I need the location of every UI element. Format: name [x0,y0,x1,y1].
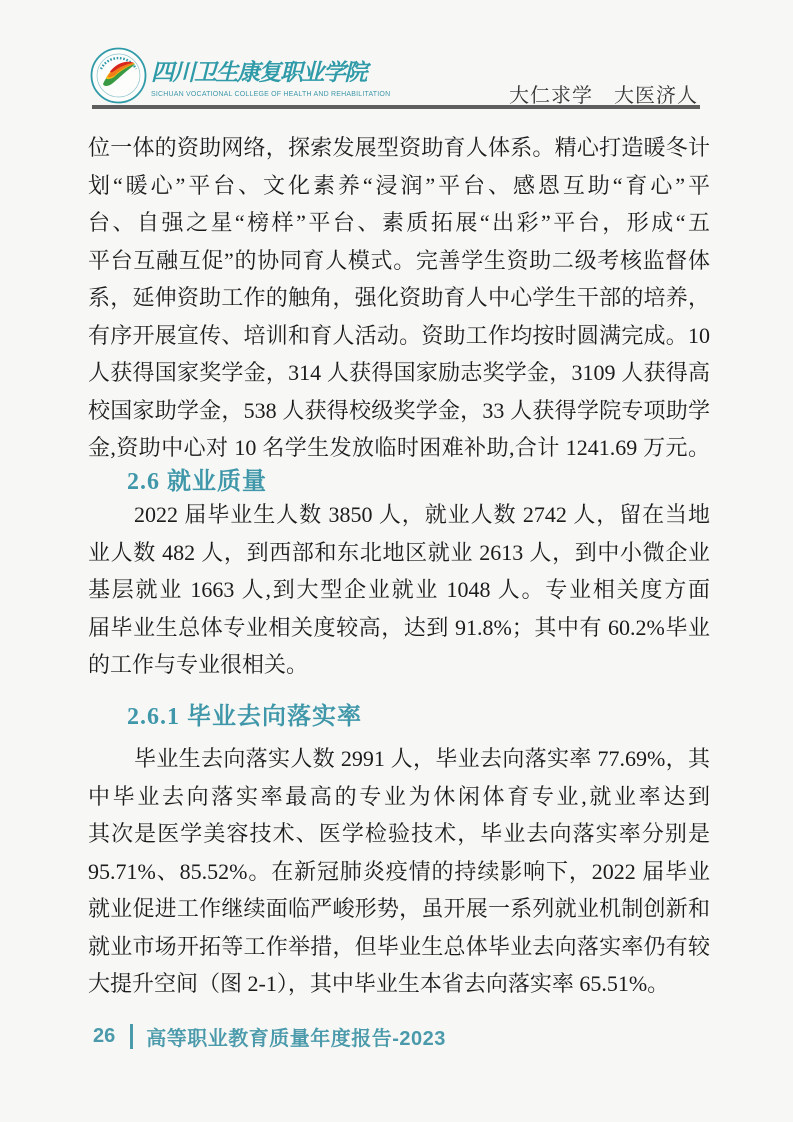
text-line: 有序开展宣传、培训和育人活动。资助工作均按时圆满完成。10 [88,317,710,355]
text-line: 划“暖心”平台、文化素养“浸润”平台、感恩互助“育心”平 [88,167,710,205]
text-line: 95.71%、85.52%。在新冠肺炎疫情的持续影响下，2022 届毕业生 [88,853,710,891]
text-line: 届毕业生总体专业相关度较高，达到 91.8%；其中有 60.2%毕业生 [88,609,710,647]
footer-divider-bar [130,1024,133,1049]
header-divider-rule [92,105,700,109]
college-name-zh: 四川卫生康复职业学院 [151,54,401,87]
text-line: 系，延伸资助工作的触角，强化资助育人中心学生干部的培养， [88,279,710,317]
report-title: 高等职业教育质量年度报告-2023 [146,1022,446,1051]
text-line: 就业市场开拓等工作举措，但毕业生总体毕业去向落实率仍有较 [88,928,710,966]
text-line: 就业促进工作继续面临严峻形势，虽开展一系列就业机制创新和 [88,890,710,928]
page-footer: 26 高等职业教育质量年度报告-2023 [93,1022,446,1050]
paragraph-employment-quality: 2022 届毕业生人数 3850 人，就业人数 2742 人，留在当地就业人数 … [88,496,710,684]
college-logo-text: 四川卫生康复职业学院 SICHUAN VOCATIONAL COLLEGE OF… [151,54,401,98]
college-name-en: SICHUAN VOCATIONAL COLLEGE OF HEALTH AND… [151,91,401,98]
document-page: 四川卫生康复职业学院 SICHUAN VOCATIONAL COLLEGE OF… [0,0,793,1122]
text-line: 业人数 482 人，到西部和东北地区就业 2613 人，到中小微企业等 [88,534,710,572]
text-line: 大提升空间（图 2-1），其中毕业生本省去向落实率 65.51%。 [88,965,710,1003]
text-line: 2022 届毕业生人数 3850 人，就业人数 2742 人，留在当地就 [88,496,710,534]
subsection-heading-2-6-1: 2.6.1 毕业去向落实率 [88,697,710,737]
college-motto: 大仁求学 大医济人 [509,79,698,108]
text-line: 毕业生去向落实人数 2991 人，毕业去向落实率 77.69%，其 [88,740,710,778]
text-line: 其次是医学美容技术、医学检验技术，毕业去向落实率分别是 [88,815,710,853]
paragraph-funding-continuation: 位一体的资助网络，探索发展型资助育人体系。精心打造暖冬计划“暖心”平台、文化素养… [88,129,710,467]
paragraph-placement-rate: 毕业生去向落实人数 2991 人，毕业去向落实率 77.69%，其中毕业去向落实… [88,740,710,1003]
text-line: 基层就业 1663 人,到大型企业就业 1048 人。专业相关度方面 2022 [88,571,710,609]
college-emblem-icon [90,47,147,104]
text-line: 台、自强之星“榜样”平台、素质拓展“出彩”平台，形成“五 [88,204,710,242]
text-line: 人获得国家奖学金，314 人获得国家励志奖学金，3109 人获得高 [88,354,710,392]
text-line: 位一体的资助网络，探索发展型资助育人体系。精心打造暖冬计 [88,129,710,167]
text-line: 的工作与专业很相关。 [88,646,710,684]
text-line: 中毕业去向落实率最高的专业为休闲体育专业,就业率达到 100%， [88,778,710,816]
page-number: 26 [93,1025,115,1048]
page-header: 四川卫生康复职业学院 SICHUAN VOCATIONAL COLLEGE OF… [0,0,793,115]
text-line: 校国家助学金，538 人获得校级奖学金，33 人获得学院专项助学 [88,392,710,430]
text-line: 金,资助中心对 10 名学生发放临时困难补助,合计 1241.69 万元。 [88,429,710,467]
text-line: 平台互融互促”的协同育人模式。完善学生资助二级考核监督体 [88,242,710,280]
